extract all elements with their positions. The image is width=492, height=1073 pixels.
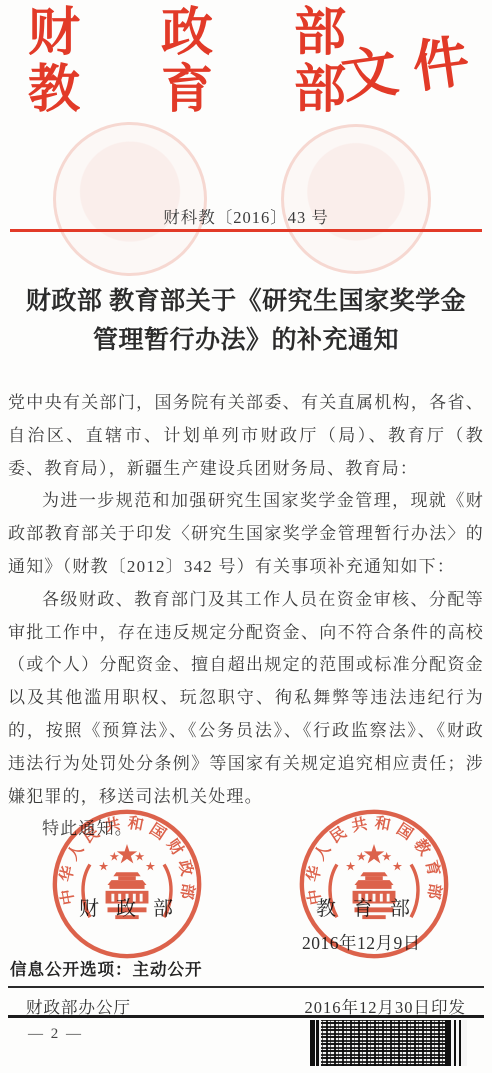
document-title-line2: 管理暂行办法》的补充通知: [93, 327, 399, 354]
footer-divider-top: [8, 986, 484, 988]
national-emblem-icon: [83, 844, 171, 919]
document-number: 财科教〔2016〕43 号: [0, 204, 492, 228]
addressee-paragraph: 党中央有关部门，国务院有关部委、有关直属机构，各省、自治区、直辖市、计划单列市财…: [8, 387, 484, 485]
official-seal-finance: 中华人民共和国财政部: [49, 806, 205, 962]
document-content: 财政部 教育部关于《研究生国家奖学金管理暂行办法》的补充通知 党中央有关部门，国…: [0, 258, 492, 846]
body-paragraph-1: 为进一步规范和加强研究生国家奖学金管理，现就《财政部教育部关于印发〈研究生国家奖…: [8, 485, 484, 583]
footer-divider-bottom: [8, 1015, 484, 1018]
body-text: 党中央有关部门，国务院有关部委、有关直属机构，各省、自治区、直辖市、计划单列市财…: [8, 387, 484, 846]
disclosure-option: 信息公开选项：主动公开: [10, 956, 203, 980]
barcode: [310, 1020, 467, 1066]
document-title-line1: 财政部 教育部关于《研究生国家奖学金: [26, 288, 466, 315]
red-divider: [10, 229, 482, 232]
document-page: 财政部 教育部 文件 财科教〔2016〕43 号 财政部 教育部关于《研究生国家…: [0, 0, 492, 1073]
body-paragraph-2: 各级财政、教育部门及其工作人员在资金审核、分配等审批工作中，存在违反规定分配资金…: [8, 584, 484, 814]
official-seal-education: 中华人民共和国教育部: [296, 806, 452, 962]
page-number: — 2 —: [28, 1026, 83, 1043]
document-title: 财政部 教育部关于《研究生国家奖学金管理暂行办法》的补充通知: [18, 282, 474, 360]
seal-bleedthrough-left: [53, 122, 207, 276]
seal-bleedthrough-right: [281, 124, 431, 274]
signature-seal-area: 财政部 教育部 2016年12月9日 中华人民共和国财政部: [0, 806, 492, 964]
national-emblem-icon: [330, 844, 418, 919]
